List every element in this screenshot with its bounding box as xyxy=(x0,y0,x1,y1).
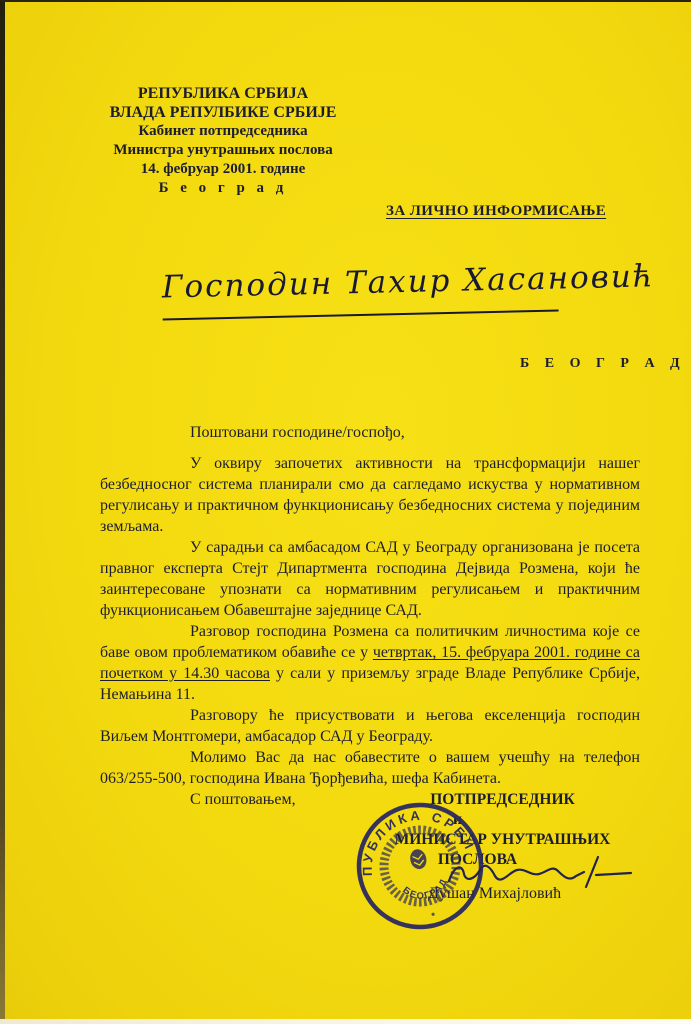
letterhead-city: Б е о г р а д xyxy=(88,179,358,198)
letterhead-government: ВЛАДА РЕПУЛБИКЕ СРБИЈЕ xyxy=(88,103,358,122)
addressee-city: Б Е О Г Р А Д xyxy=(520,356,686,372)
paragraph-2: У сарадњи са амбасадом САД у Београду ор… xyxy=(100,537,640,621)
scan-edge-top xyxy=(0,0,691,2)
letter-body: Поштовани господине/госпођо, У оквиру за… xyxy=(100,422,640,810)
scan-edge-left xyxy=(0,0,5,1024)
handwritten-signature-scribble xyxy=(435,845,635,897)
stamp-coat-of-arms xyxy=(408,848,428,871)
letterhead-cabinet: Кабинет потпредседника xyxy=(88,122,358,141)
subject-line: ЗА ЛИЧНО ИНФОРМИСАЊЕ xyxy=(386,203,646,220)
stamp-bottom-dot xyxy=(431,912,435,916)
letterhead-country: РЕПУБЛИКА СРБИЈА xyxy=(88,84,358,103)
paragraph-4: Разговору ће присуствовати и његова ексе… xyxy=(100,705,640,747)
scan-edge-bottom xyxy=(0,1019,691,1024)
paragraph-5: Молимо Вас да нас обавестите о вашем уче… xyxy=(100,747,640,789)
paragraph-3: Разговор господина Розмена са политичким… xyxy=(100,621,640,705)
letterhead-ministry: Министра унутрашњих послова xyxy=(88,141,358,160)
letterhead: РЕПУБЛИКА СРБИЈА ВЛАДА РЕПУЛБИКЕ СРБИЈЕ … xyxy=(88,84,358,198)
handwritten-addressee: Господин Тахир Хасановић xyxy=(161,254,558,321)
salutation: Поштовани господине/госпођо, xyxy=(100,422,640,443)
paragraph-1: У оквиру започетих активности на трансфо… xyxy=(100,453,640,537)
letterhead-date: 14. фебруар 2001. године xyxy=(88,160,358,179)
letter-page: РЕПУБЛИКА СРБИЈА ВЛАДА РЕПУЛБИКЕ СРБИЈЕ … xyxy=(0,0,691,1024)
